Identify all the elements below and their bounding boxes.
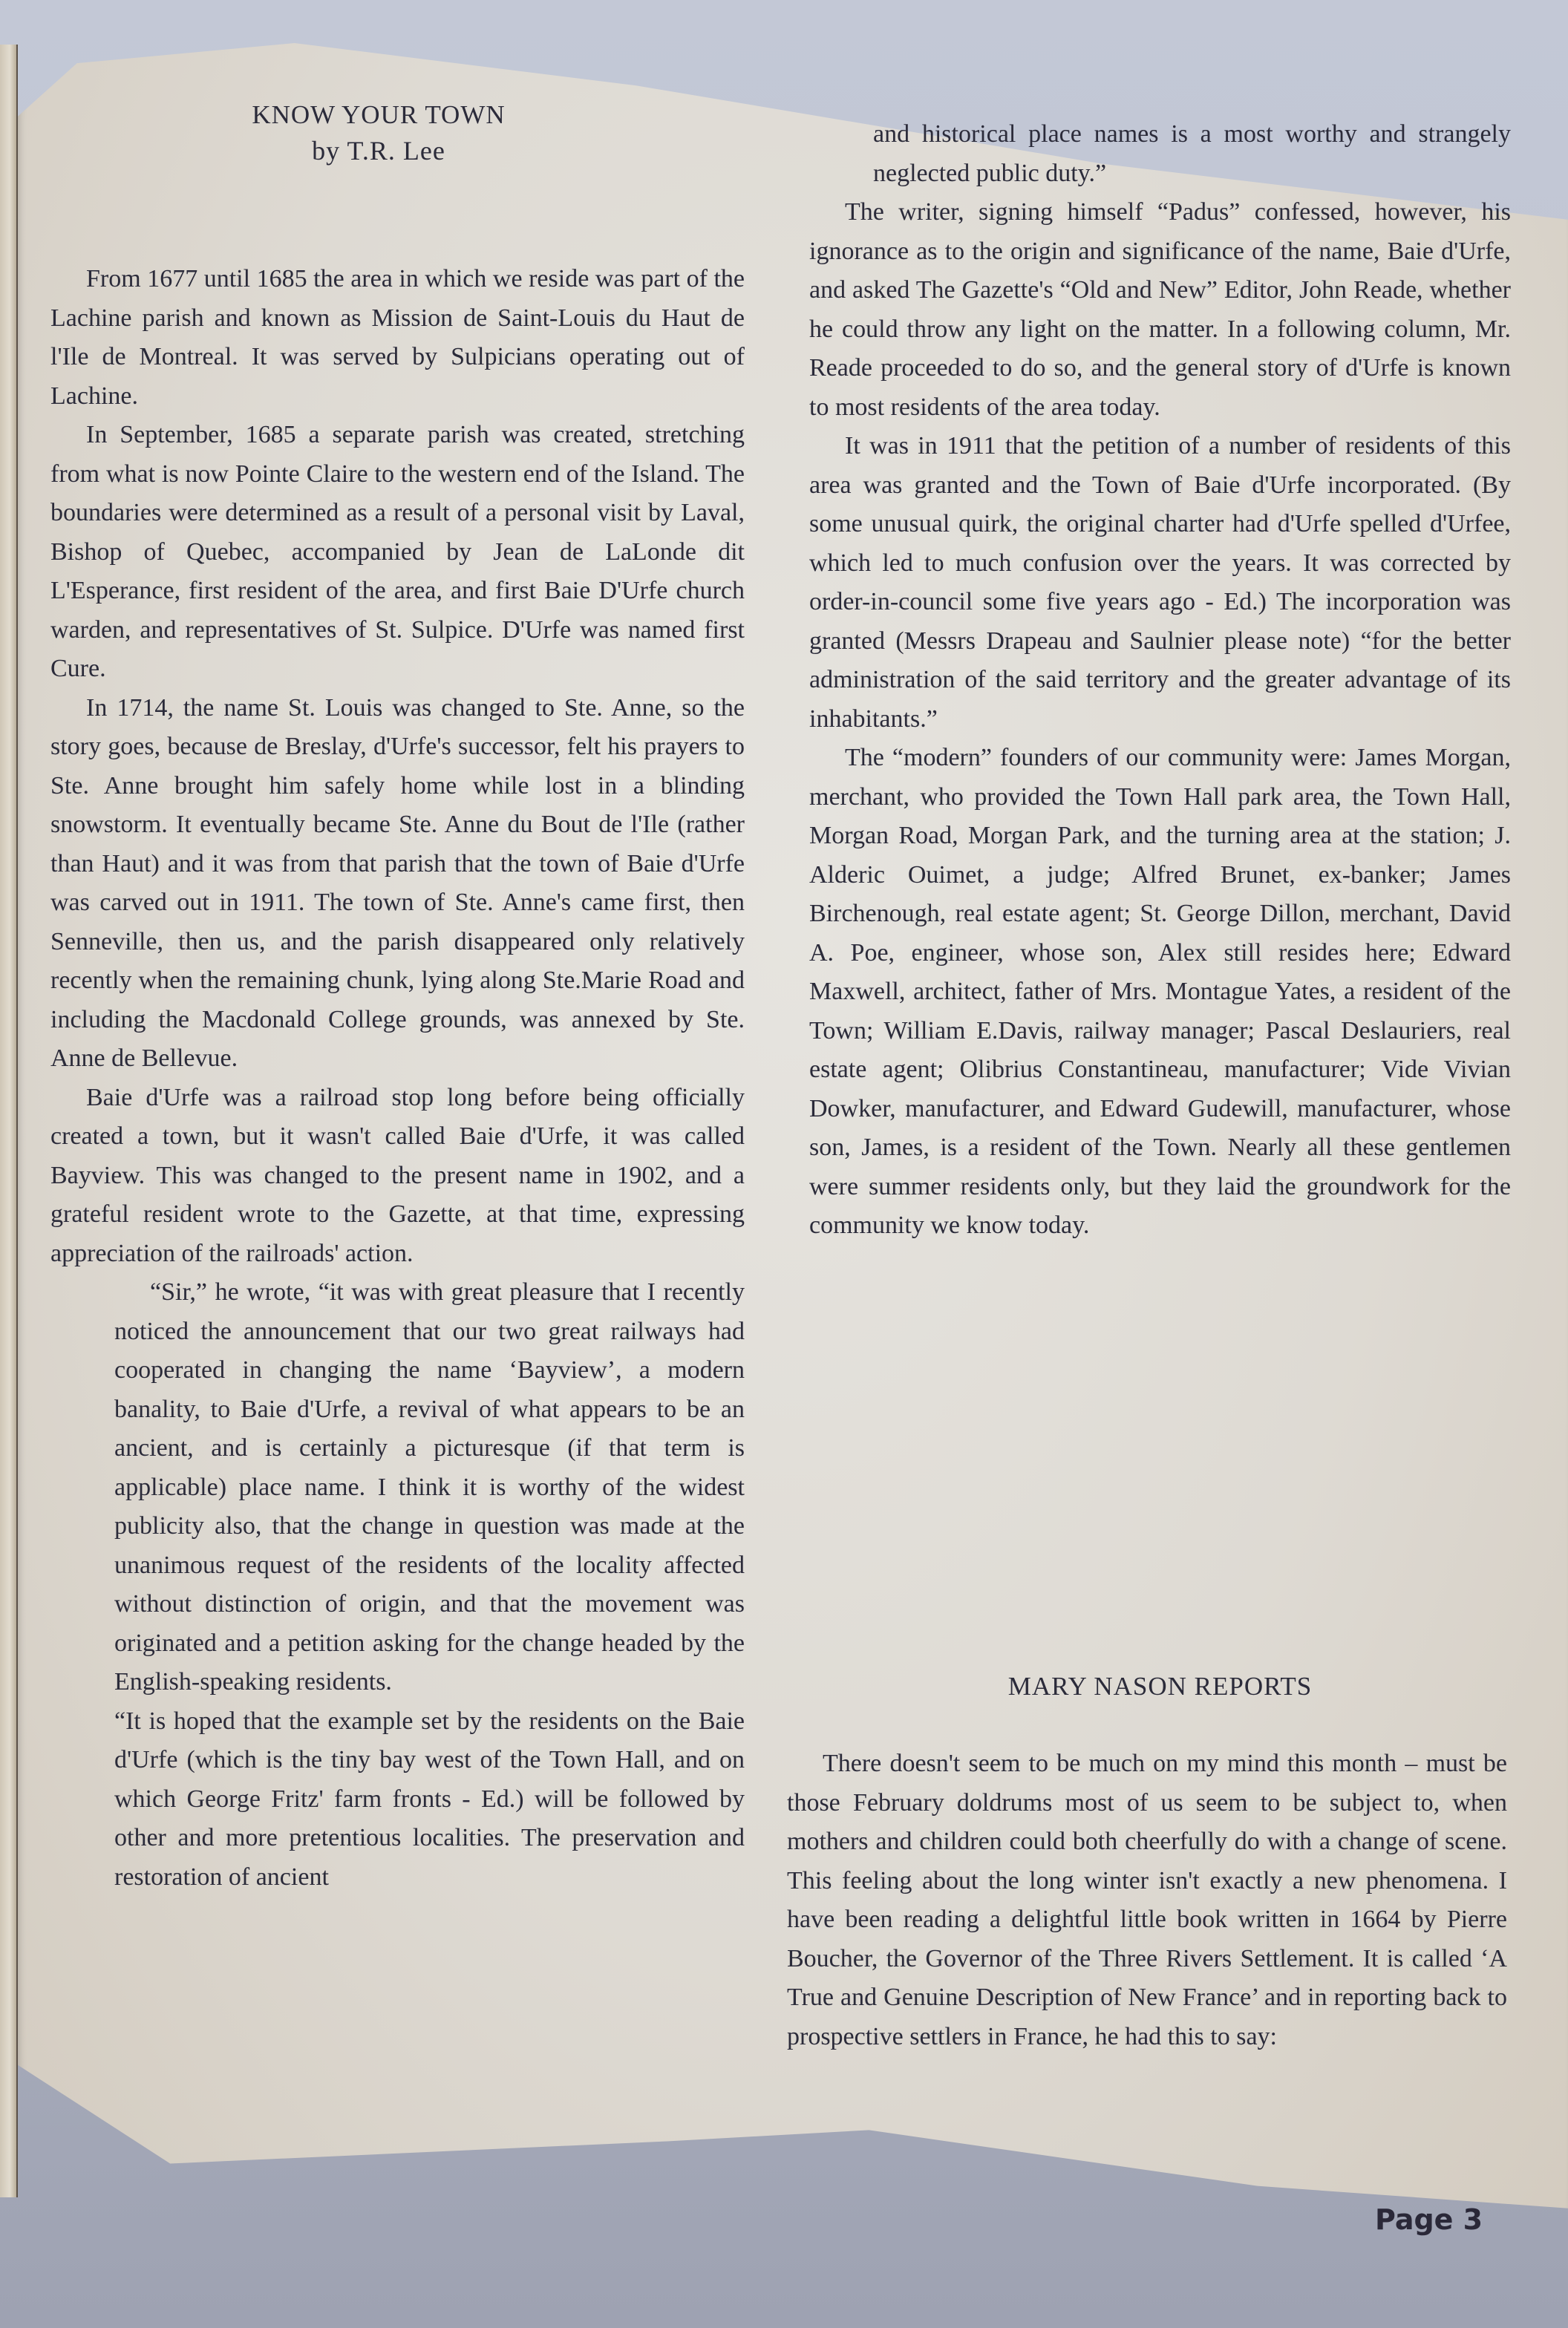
block-quote: “Sir,” he wrote, “it was with great plea… (50, 1273, 745, 1897)
right-column: and historical place names is a most wor… (809, 115, 1511, 1246)
paragraph: The “modern” founders of our community w… (809, 739, 1511, 1246)
paragraph: In 1714, the name St. Louis was changed … (50, 689, 745, 1079)
left-column: From 1677 until 1685 the area in which w… (50, 260, 745, 1897)
book-binding-edge (0, 45, 18, 2197)
section-title: MARY NASON REPORTS (809, 1672, 1511, 1701)
page-number: Page 3 (1375, 2203, 1483, 2236)
mary-nason-column: There doesn't seem to be much on my mind… (787, 1745, 1507, 2056)
article-title: KNOW YOUR TOWN (163, 100, 594, 130)
block-quote-continuation: and historical place names is a most wor… (809, 115, 1511, 193)
paragraph: In September, 1685 a separate parish was… (50, 416, 745, 689)
quote-paragraph: “Sir,” he wrote, “it was with great plea… (114, 1273, 745, 1702)
paragraph: There doesn't seem to be much on my mind… (787, 1745, 1507, 2056)
quote-paragraph: and historical place names is a most wor… (873, 115, 1511, 193)
quote-paragraph: “It is hoped that the example set by the… (114, 1702, 745, 1897)
paragraph: The writer, signing himself “Padus” conf… (809, 193, 1511, 427)
paragraph: From 1677 until 1685 the area in which w… (50, 260, 745, 416)
paragraph: It was in 1911 that the petition of a nu… (809, 427, 1511, 739)
paragraph: Baie d'Urfe was a railroad stop long bef… (50, 1079, 745, 1274)
article-byline: by T.R. Lee (163, 135, 594, 166)
